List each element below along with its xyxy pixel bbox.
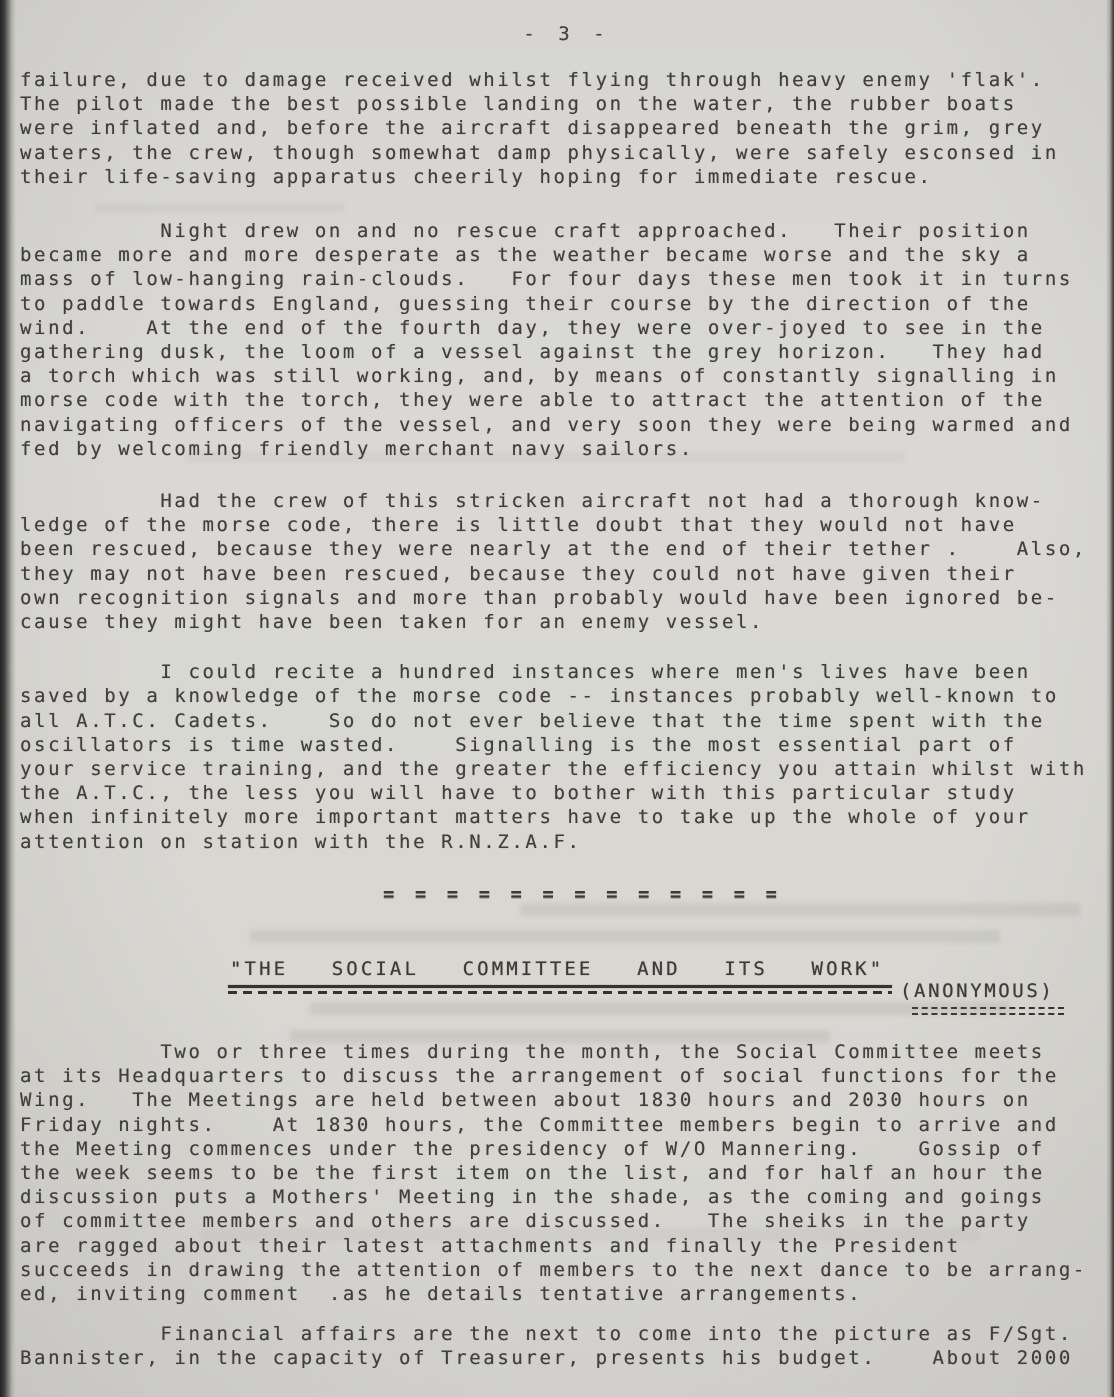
paragraph-signalling-importance: I could recite a hundred instances where…	[20, 660, 1114, 854]
article-byline: (ANONYMOUS)	[900, 980, 1054, 1002]
page-number: - 3 -	[20, 22, 1114, 46]
paragraph-committee-meetings: Two or three times during the month, the…	[20, 1040, 1114, 1306]
document-page: - 3 - failure, due to damage received wh…	[0, 0, 1114, 1397]
bleed-through-smudge	[250, 930, 1000, 943]
title-underline-solid	[228, 985, 892, 988]
scan-gutter-left	[0, 0, 16, 1397]
section-divider: = = = = = = = = = = = = =	[383, 882, 1114, 906]
paragraph-morse-knowledge: Had the crew of this stricken aircraft n…	[20, 489, 1114, 634]
paragraph-night-rescue: Night drew on and no rescue craft approa…	[20, 219, 1114, 461]
paragraph-financial-affairs: Financial affairs are the next to come i…	[20, 1322, 1114, 1370]
byline-underline-dashed	[912, 1007, 1064, 1015]
article-title: "THE SOCIAL COMMITTEE AND ITS WORK"	[230, 958, 884, 980]
bleed-through-smudge	[95, 204, 345, 212]
scan-edge-right	[1106, 0, 1114, 1397]
paragraph-flak-landing: failure, due to damage received whilst f…	[20, 68, 1114, 189]
article-heading-block: "THE SOCIAL COMMITTEE AND ITS WORK" (ANO…	[20, 958, 1114, 1022]
title-underline-dashed	[228, 991, 892, 994]
